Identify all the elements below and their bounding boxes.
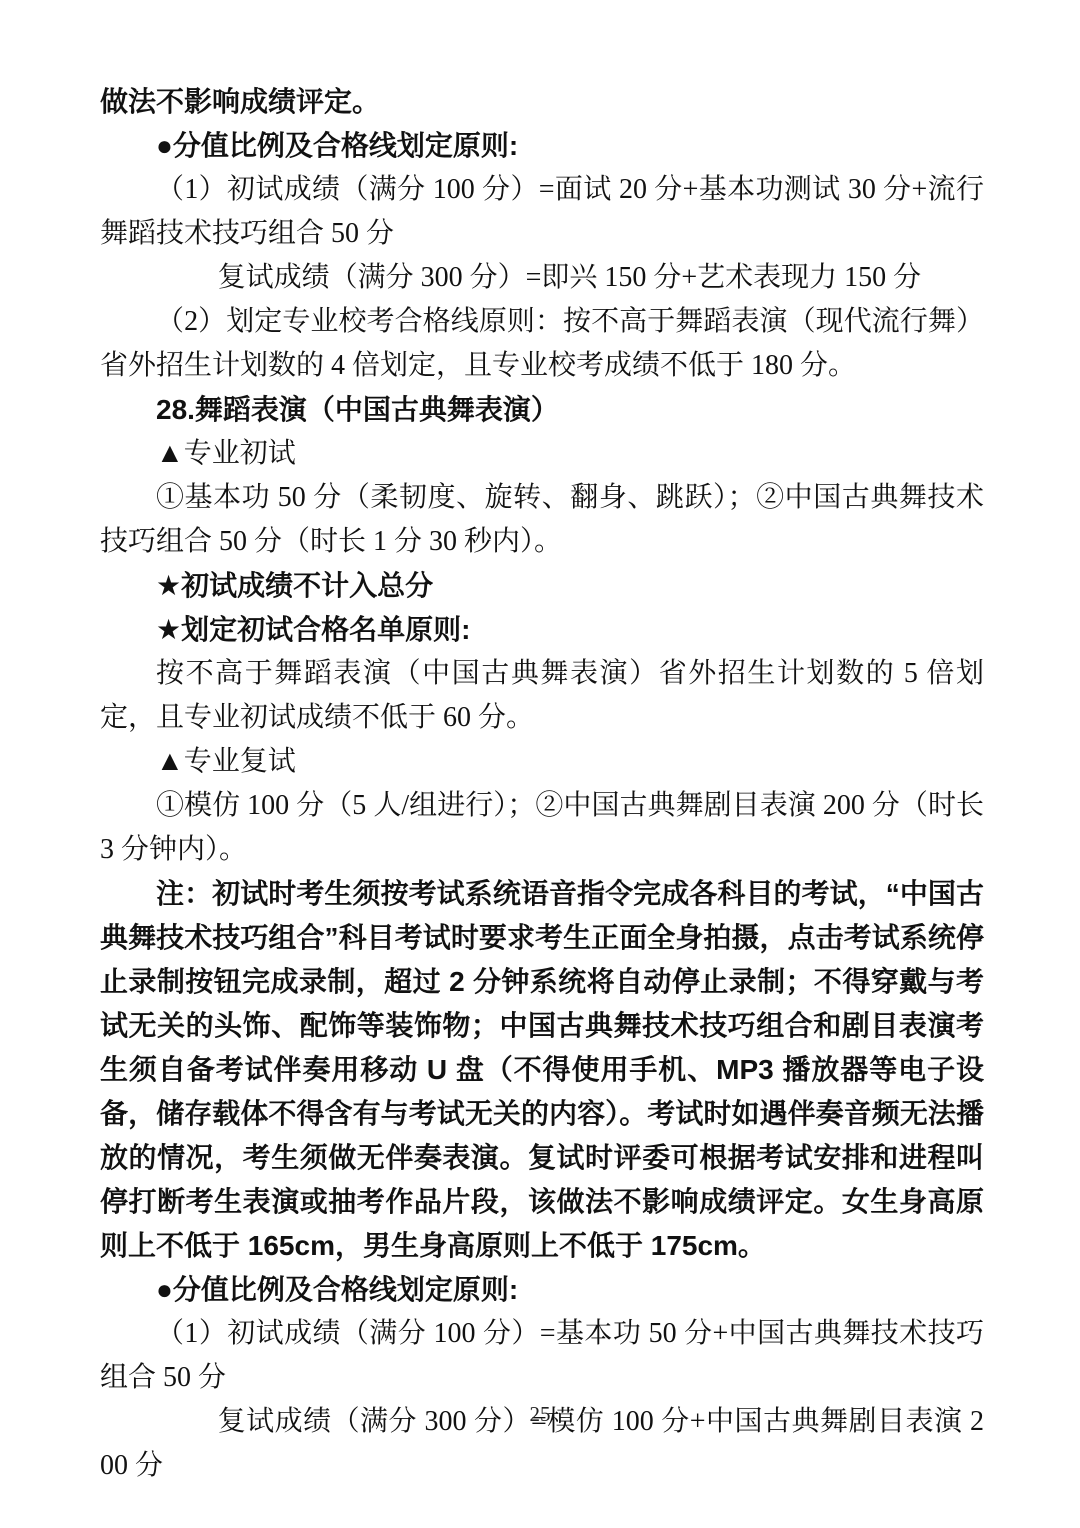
heading-preliminary-not-counted: ★初试成绩不计入总分 <box>100 564 984 608</box>
para-preliminary-exam-subjects: ①基本功 50 分（柔韧度、旋转、翻身、跳跃）；②中国古典舞技术技巧组合 50 … <box>100 476 984 564</box>
para-preliminary-score-formula-pop: （1）初试成绩（满分 100 分）=面试 20 分+基本功测试 30 分+流行舞… <box>100 168 984 256</box>
heading-major-28-classical-dance: 28.舞蹈表演（中国古典舞表演） <box>100 388 984 432</box>
heading-score-ratio-principles-2: ●分值比例及合格线划定原则: <box>100 1268 984 1312</box>
para-qualifying-line-rule-pop: （2）划定专业校考合格线原则：按不高于舞蹈表演（现代流行舞）省外招生计划数的 4… <box>100 300 984 388</box>
heading-final-exam: ▲专业复试 <box>100 740 984 784</box>
para-preliminary-qualifying-detail: 按不高于舞蹈表演（中国古典舞表演）省外招生计划数的 5 倍划定，且专业初试成绩不… <box>100 652 984 740</box>
page-number: 25 <box>0 1402 1080 1427</box>
para-final-score-formula-pop: 复试成绩（满分 300 分）=即兴 150 分+艺术表现力 150 分 <box>100 256 984 300</box>
para-note-continuation: 做法不影响成绩评定。 <box>100 80 984 124</box>
heading-preliminary-exam: ▲专业初试 <box>100 432 984 476</box>
heading-preliminary-qualifying-rule: ★划定初试合格名单原则: <box>100 608 984 652</box>
para-exam-note: 注：初试时考生须按考试系统语音指令完成各科目的考试，“中国古典舞技术技巧组合”科… <box>100 872 984 1268</box>
para-preliminary-score-formula-classical: （1）初试成绩（满分 100 分）=基本功 50 分+中国古典舞技术技巧组合 5… <box>100 1312 984 1400</box>
para-final-exam-subjects: ①模仿 100 分（5 人/组进行）；②中国古典舞剧目表演 200 分（时长 3… <box>100 784 984 872</box>
heading-score-ratio-principles: ●分值比例及合格线划定原则: <box>100 124 984 168</box>
document-page: 做法不影响成绩评定。 ●分值比例及合格线划定原则: （1）初试成绩（满分 100… <box>0 0 1080 1528</box>
